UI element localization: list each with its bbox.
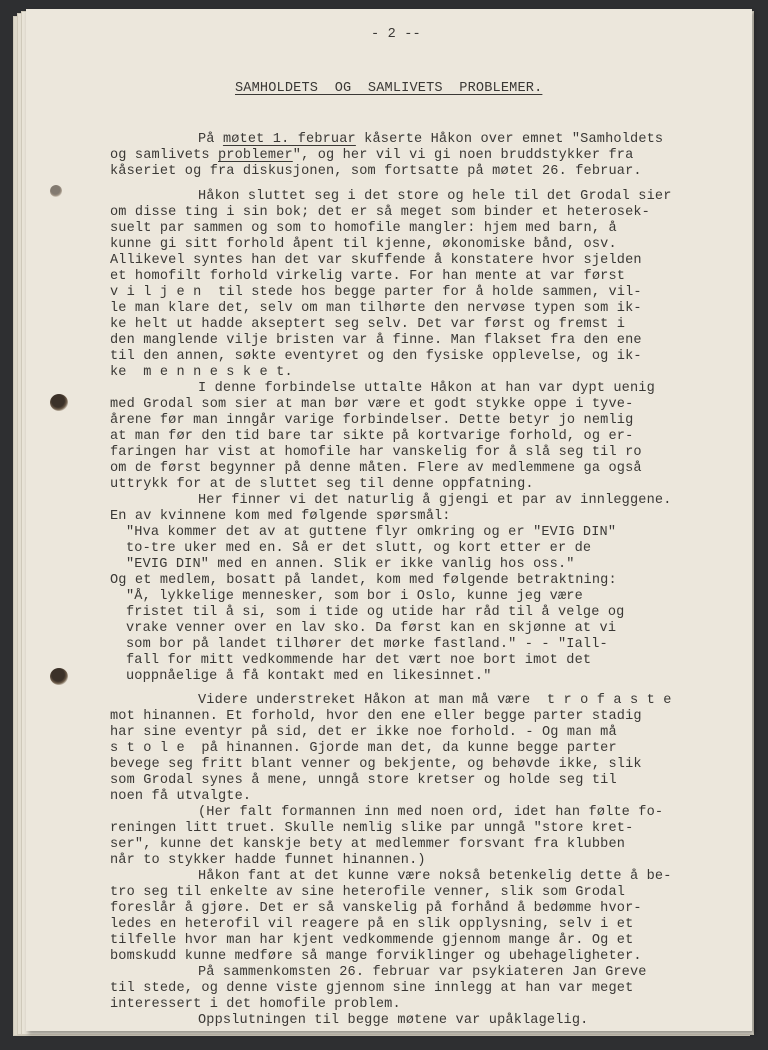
text-segment: Håkon fant at det kunne være nokså beten… xyxy=(198,869,672,884)
text-segment: noen få utvalgte. xyxy=(110,789,251,804)
text-line: suelt par sammen og som to homofile mang… xyxy=(110,222,617,236)
text-segment: reningen litt truet. Skulle nemlig slike… xyxy=(110,821,633,836)
text-segment: ke helt ut hadde akseptert seg selv. Det… xyxy=(110,317,625,332)
text-segment: den manglende vilje bristen var å finne.… xyxy=(110,333,642,348)
text-line: "Hva kommer det av at guttene flyr omkri… xyxy=(126,526,616,540)
text-segment: Allikevel syntes han det var skuffende å… xyxy=(110,253,642,268)
text-line: mot hinannen. Et forhold, hvor den ene e… xyxy=(110,710,642,724)
text-segment: til den annen, søkte eventyret og den fy… xyxy=(110,349,642,364)
text-segment: På xyxy=(198,132,223,147)
text-segment: årene før man inngår varige forbindelser… xyxy=(110,413,633,428)
text-line: Håkon sluttet seg i det store og hele ti… xyxy=(198,190,672,204)
text-segment: bevege seg fritt blant venner og bekjent… xyxy=(110,757,642,772)
text-line: om disse ting i sin bok; det er så meget… xyxy=(110,206,650,220)
text-line: Håkon fant at det kunne være nokså beten… xyxy=(198,870,672,884)
text-line: Her finner vi det naturlig å gjengi et p… xyxy=(198,494,672,508)
text-line: Allikevel syntes han det var skuffende å… xyxy=(110,254,642,268)
text-line: uoppnåelige å få kontakt med en likesinn… xyxy=(126,670,492,684)
text-line: to-tre uker med en. Så er det slutt, og … xyxy=(126,542,591,556)
text-segment: På sammenkomsten 26. februar var psykiat… xyxy=(198,965,647,980)
text-line: s t o l e på hinannen. Gjorde man det, d… xyxy=(110,742,617,756)
text-segment: v i l j e n til stede hos begge parter f… xyxy=(110,285,642,300)
page-number: - 2 -- xyxy=(371,28,421,42)
text-line: "Å, lykkelige mennesker, som bor i Oslo,… xyxy=(126,590,583,604)
text-line: tro seg til enkelte av sine heterofile v… xyxy=(110,886,625,900)
text-segment: (Her falt formannen inn med noen ord, id… xyxy=(198,805,663,820)
text-segment: suelt par sammen og som to homofile mang… xyxy=(110,221,617,236)
text-segment: Oppslutningen til begge møtene var upåkl… xyxy=(198,1013,588,1028)
text-line: bomskudd kunne medføre så mange forvikli… xyxy=(110,950,642,964)
text-line: et homofilt forhold virkelig varte. For … xyxy=(110,270,625,284)
text-segment: interessert i det homofile problem. xyxy=(110,997,401,1012)
text-line: kunne gi sitt forhold åpent til kjenne, … xyxy=(110,238,617,252)
text-segment: ", og her vil vi gi noen bruddstykker fr… xyxy=(293,148,634,163)
text-line: vrake venner over en lav sko. Da først k… xyxy=(126,622,616,636)
text-segment: har sine eventyr på sid, det er ikke noe… xyxy=(110,725,617,740)
text-line: tilfelle hvor man har kjent vedkommende … xyxy=(110,934,633,948)
text-line: v i l j e n til stede hos begge parter f… xyxy=(110,286,642,300)
text-line: uttrykk for at de sluttet seg til denne … xyxy=(110,478,534,492)
text-line: og samlivets problemer", og her vil vi g… xyxy=(110,149,633,163)
text-segment: tro seg til enkelte av sine heterofile v… xyxy=(110,885,625,900)
text-segment: foreslår å gjøre. Det er så vanskelig på… xyxy=(110,901,642,916)
text-segment: le man klare det, selv om man tilhørte d… xyxy=(110,301,642,316)
text-line: bevege seg fritt blant venner og bekjent… xyxy=(110,758,642,772)
text-line: til den annen, søkte eventyret og den fy… xyxy=(110,350,642,364)
text-segment: ledes en heterofil vil reagere på en sli… xyxy=(110,917,633,932)
text-line: årene før man inngår varige forbindelser… xyxy=(110,414,633,428)
text-line: le man klare det, selv om man tilhørte d… xyxy=(110,302,642,316)
text-segment: om de først begynner på denne måten. Fle… xyxy=(110,461,642,476)
text-segment: s t o l e på hinannen. Gjorde man det, d… xyxy=(110,741,617,756)
text-line: En av kvinnene kom med følgende spørsmål… xyxy=(110,510,451,524)
text-segment: når to stykker hadde funnet hinannen.) xyxy=(110,853,426,868)
text-line: interessert i det homofile problem. xyxy=(110,998,401,1012)
text-segment: ke m e n n e s k e t. xyxy=(110,365,293,380)
text-segment: kunne gi sitt forhold åpent til kjenne, … xyxy=(110,237,617,252)
text-segment: ser", kunne det kanskje bety at medlemme… xyxy=(110,837,625,852)
text-line: reningen litt truet. Skulle nemlig slike… xyxy=(110,822,633,836)
text-line: "EVIG DIN" med en annen. Slik er ikke va… xyxy=(126,558,575,572)
text-line: kåseriet og fra diskusjonen, som fortsat… xyxy=(110,165,642,179)
text-segment: Videre understreket Håkon at man må være… xyxy=(198,693,672,708)
document-title: SAMHOLDETS OG SAMLIVETS PROBLEMER. xyxy=(235,82,542,96)
text-line: har sine eventyr på sid, det er ikke noe… xyxy=(110,726,617,740)
text-segment: En av kvinnene kom med følgende spørsmål… xyxy=(110,509,451,524)
text-segment: fall for mitt vedkommende har det vært n… xyxy=(126,653,591,668)
text-segment: mot hinannen. Et forhold, hvor den ene e… xyxy=(110,709,642,724)
text-segment: uoppnåelige å få kontakt med en likesinn… xyxy=(126,669,492,684)
text-segment: med Grodal som sier at man bør være et g… xyxy=(110,397,633,412)
punch-hole-icon xyxy=(50,394,68,411)
text-line: om de først begynner på denne måten. Fle… xyxy=(110,462,642,476)
text-line: faringen har vist at homofile har vanske… xyxy=(110,446,642,460)
text-segment: om disse ting i sin bok; det er så meget… xyxy=(110,205,650,220)
text-segment: fristet til å si, som i tide og utide ha… xyxy=(126,605,624,620)
text-segment: bomskudd kunne medføre så mange forvikli… xyxy=(110,949,642,964)
text-line: foreslår å gjøre. Det er så vanskelig på… xyxy=(110,902,642,916)
text-segment: som bor på landet tilhører det mørke fas… xyxy=(126,637,608,652)
text-segment: til stede, og denne viste gjennom sine i… xyxy=(110,981,633,996)
text-segment: tilfelle hvor man har kjent vedkommende … xyxy=(110,933,633,948)
text-line: til stede, og denne viste gjennom sine i… xyxy=(110,982,633,996)
punch-hole-icon xyxy=(50,185,62,197)
text-line: (Her falt formannen inn med noen ord, id… xyxy=(198,806,663,820)
text-segment: "Hva kommer det av at guttene flyr omkri… xyxy=(126,525,616,540)
text-line: den manglende vilje bristen var å finne.… xyxy=(110,334,642,348)
text-line: som bor på landet tilhører det mørke fas… xyxy=(126,638,608,652)
text-line: Videre understreket Håkon at man må være… xyxy=(198,694,672,708)
text-line: På sammenkomsten 26. februar var psykiat… xyxy=(198,966,647,980)
text-segment: to-tre uker med en. Så er det slutt, og … xyxy=(126,541,591,556)
underlined-text: møtet 1. februar xyxy=(223,132,356,147)
text-line: ke m e n n e s k e t. xyxy=(110,366,293,380)
text-line: når to stykker hadde funnet hinannen.) xyxy=(110,854,426,868)
text-line: ser", kunne det kanskje bety at medlemme… xyxy=(110,838,625,852)
text-segment: kåseriet og fra diskusjonen, som fortsat… xyxy=(110,164,642,179)
text-segment: et homofilt forhold virkelig varte. For … xyxy=(110,269,625,284)
text-segment: Her finner vi det naturlig å gjengi et p… xyxy=(198,493,672,508)
text-segment: faringen har vist at homofile har vanske… xyxy=(110,445,642,460)
text-segment: "EVIG DIN" med en annen. Slik er ikke va… xyxy=(126,557,575,572)
text-line: fristet til å si, som i tide og utide ha… xyxy=(126,606,624,620)
text-segment: og samlivets xyxy=(110,148,218,163)
text-line: På møtet 1. februar kåserte Håkon over e… xyxy=(198,133,663,147)
text-line: Og et medlem, bosatt på landet, kom med … xyxy=(110,574,617,588)
text-segment: I denne forbindelse uttalte Håkon at han… xyxy=(198,381,655,396)
text-segment: Og et medlem, bosatt på landet, kom med … xyxy=(110,573,617,588)
text-line: som Grodal synes å mene, unngå store kre… xyxy=(110,774,617,788)
punch-hole-icon xyxy=(50,668,68,685)
text-line: at man før den tid bare tar sikte på kor… xyxy=(110,430,633,444)
text-segment: Håkon sluttet seg i det store og hele ti… xyxy=(198,189,672,204)
text-line: med Grodal som sier at man bør være et g… xyxy=(110,398,633,412)
text-line: ledes en heterofil vil reagere på en sli… xyxy=(110,918,633,932)
text-segment: kåserte Håkon over emnet "Samholdets xyxy=(356,132,663,147)
text-line: ke helt ut hadde akseptert seg selv. Det… xyxy=(110,318,625,332)
text-line: Oppslutningen til begge møtene var upåkl… xyxy=(198,1014,588,1028)
text-segment: at man før den tid bare tar sikte på kor… xyxy=(110,429,633,444)
text-line: I denne forbindelse uttalte Håkon at han… xyxy=(198,382,655,396)
text-line: noen få utvalgte. xyxy=(110,790,251,804)
document-page: - 2 -- SAMHOLDETS OG SAMLIVETS PROBLEMER… xyxy=(26,9,752,1031)
text-segment: vrake venner over en lav sko. Da først k… xyxy=(126,621,616,636)
text-segment: som Grodal synes å mene, unngå store kre… xyxy=(110,773,617,788)
text-segment: uttrykk for at de sluttet seg til denne … xyxy=(110,477,534,492)
underlined-text: problemer xyxy=(218,148,293,163)
text-line: fall for mitt vedkommende har det vært n… xyxy=(126,654,591,668)
text-segment: "Å, lykkelige mennesker, som bor i Oslo,… xyxy=(126,589,583,604)
